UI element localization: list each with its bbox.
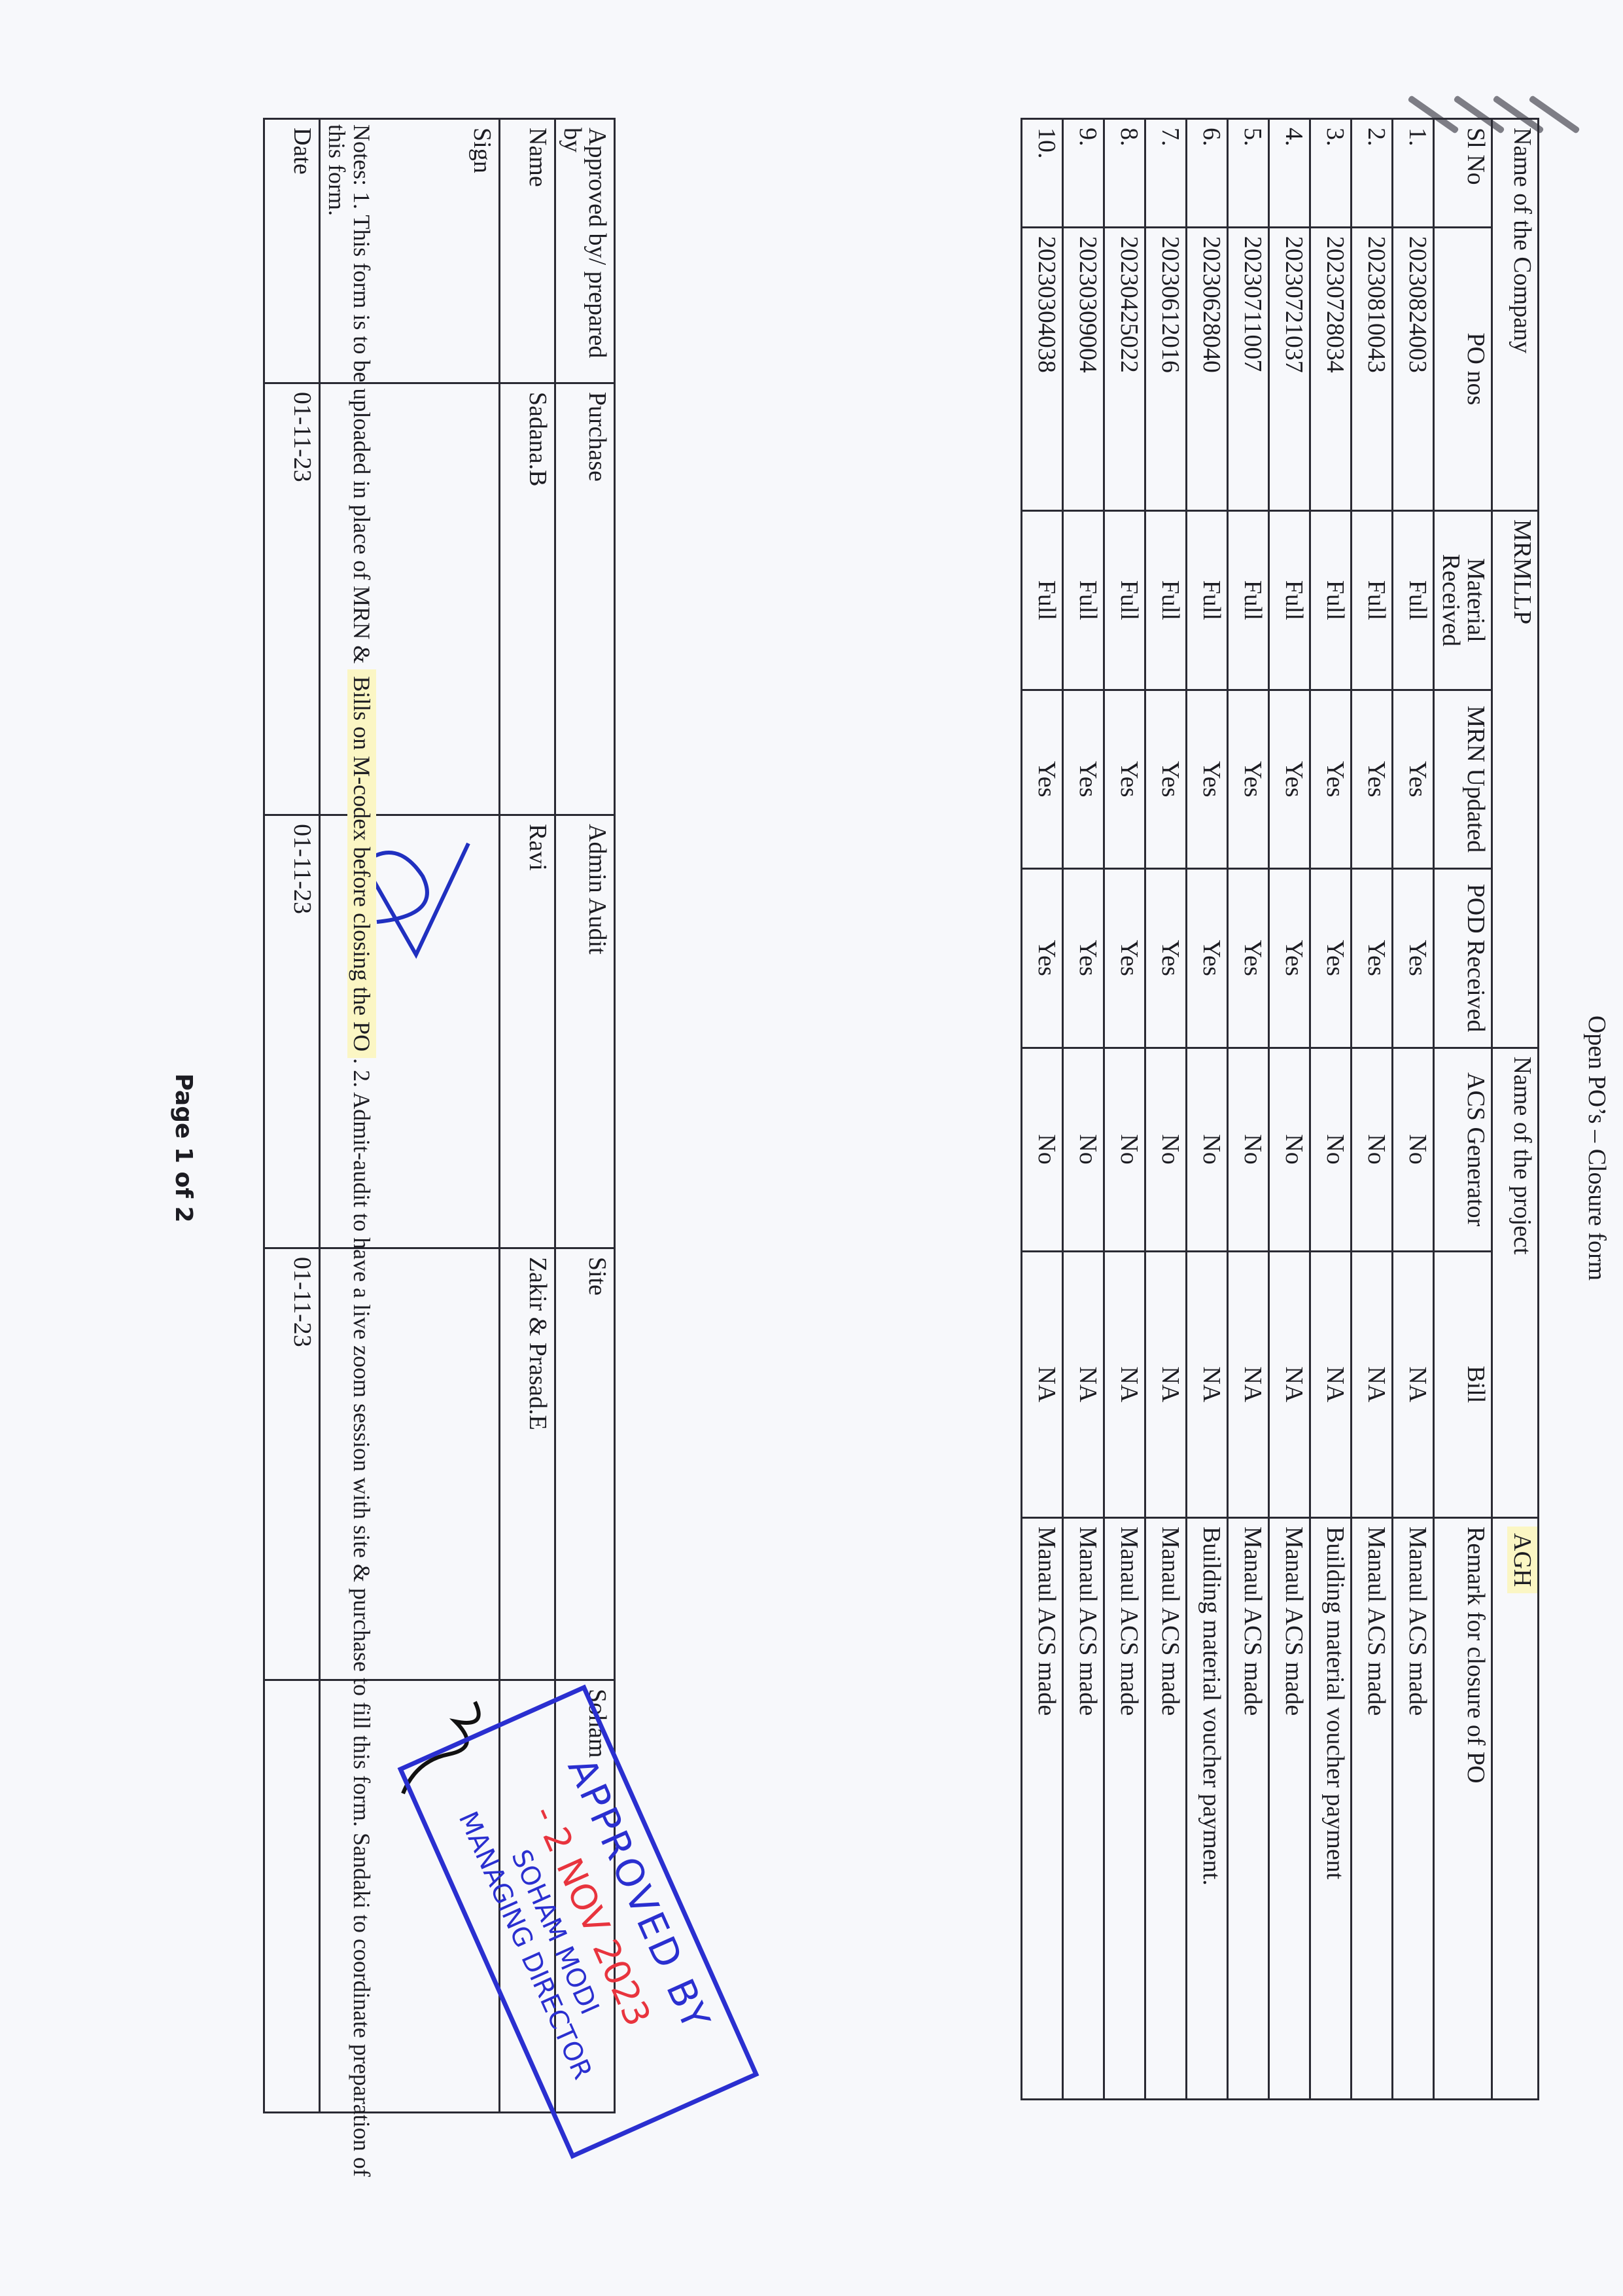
cell-material: Full — [1310, 510, 1352, 690]
cell-mrn: Yes — [1022, 690, 1063, 868]
cell-po: 20230425022 — [1104, 227, 1145, 510]
table-row: 4.20230721037FullYesYesNoNAManaul ACS ma… — [1269, 119, 1310, 2100]
cell-material: Full — [1145, 510, 1187, 690]
table-row: 1.20230824003FullYesYesNoNAManaul ACS ma… — [1393, 119, 1434, 2100]
cell-pod: Yes — [1187, 868, 1228, 1048]
cell-sl: 4. — [1269, 119, 1310, 228]
cell-po: 20230728034 — [1310, 227, 1352, 510]
table-row: 8.20230425022FullYesYesNoNAManaul ACS ma… — [1104, 119, 1145, 2100]
cell-sl: 2. — [1352, 119, 1393, 228]
approval-approved-by: Site — [555, 1248, 615, 1680]
column-header: Sl No — [1434, 119, 1492, 228]
cell-acs: No — [1104, 1048, 1145, 1251]
cell-pod: Yes — [1393, 868, 1434, 1048]
cell-material: Full — [1352, 510, 1393, 690]
cell-material: Full — [1063, 510, 1104, 690]
cell-pod: Yes — [1228, 868, 1269, 1048]
cell-pod: Yes — [1022, 868, 1063, 1048]
cell-acs: No — [1352, 1048, 1393, 1251]
cell-acs: No — [1145, 1048, 1187, 1251]
approval-date — [264, 1680, 320, 2112]
cell-po: 20230810043 — [1352, 227, 1393, 510]
cell-material: Full — [1228, 510, 1269, 690]
cell-bill: NA — [1352, 1251, 1393, 1518]
approval-name: Ravi — [500, 815, 555, 1248]
table-row: 3.20230728034FullYesYesNoNABuilding mate… — [1310, 119, 1352, 2100]
cell-acs: No — [1187, 1048, 1228, 1251]
cell-sl: 6. — [1187, 119, 1228, 228]
cell-bill: NA — [1145, 1251, 1187, 1518]
cell-acs: No — [1393, 1048, 1434, 1251]
cell-bill: NA — [1063, 1251, 1104, 1518]
cell-remark: Manaul ACS made — [1228, 1518, 1269, 2100]
notes: Notes: 1. This form is to be uploaded in… — [324, 124, 374, 2185]
cell-acs: No — [1063, 1048, 1104, 1251]
approval-row-label: Approved by/ prepared by — [555, 119, 615, 383]
cell-sl: 1. — [1393, 119, 1434, 228]
company-project-row: Name of the Company MRMLLP Name of the p… — [1492, 119, 1539, 2100]
cell-po: 20230721037 — [1269, 227, 1310, 510]
cell-sl: 7. — [1145, 119, 1187, 228]
approval-row-date: Date01-11-2301-11-2301-11-23 — [264, 119, 320, 2113]
company-value: MRMLLP — [1492, 510, 1539, 1048]
cell-acs: No — [1310, 1048, 1352, 1251]
cell-pod: Yes — [1269, 868, 1310, 1048]
table-row: 2.20230810043FullYesYesNoNAManaul ACS ma… — [1352, 119, 1393, 2100]
cell-mrn: Yes — [1352, 690, 1393, 868]
approval-date: 01-11-23 — [264, 815, 320, 1248]
cell-mrn: Yes — [1104, 690, 1145, 868]
cell-mrn: Yes — [1145, 690, 1187, 868]
cell-acs: No — [1228, 1048, 1269, 1251]
approval-name: Sadana.B — [500, 383, 555, 815]
table-row: 9.20230309004FullYesYesNoNAManaul ACS ma… — [1063, 119, 1104, 2100]
cell-bill: NA — [1104, 1251, 1145, 1518]
column-header: Bill — [1434, 1251, 1492, 1518]
page-number: Page 1 of 2 — [170, 0, 197, 2296]
cell-remark: Manaul ACS made — [1022, 1518, 1063, 2100]
notes-text: Notes: 1. This form is to be uploaded in… — [349, 124, 375, 669]
cell-material: Full — [1393, 510, 1434, 690]
cell-bill: NA — [1187, 1251, 1228, 1518]
cell-po: 20230711007 — [1228, 227, 1269, 510]
cell-remark: Manaul ACS made — [1269, 1518, 1310, 2100]
approval-date: 01-11-23 — [264, 383, 320, 815]
cell-bill: NA — [1228, 1251, 1269, 1518]
cell-material: Full — [1104, 510, 1145, 690]
cell-pod: Yes — [1145, 868, 1187, 1048]
approval-approved-by: Purchase — [555, 383, 615, 815]
cell-acs: No — [1269, 1048, 1310, 1251]
column-header: Remark for closure of PO — [1434, 1518, 1492, 2100]
cell-po: 20230628040 — [1187, 227, 1228, 510]
approval-name: Zakir & Prasad.E — [500, 1248, 555, 1680]
cell-mrn: Yes — [1269, 690, 1310, 868]
cell-sl: 3. — [1310, 119, 1352, 228]
column-header: MRN Updated — [1434, 690, 1492, 868]
cell-mrn: Yes — [1310, 690, 1352, 868]
approval-approved-by: Admin Audit — [555, 815, 615, 1248]
cell-remark: Manaul ACS made — [1104, 1518, 1145, 2100]
cell-bill: NA — [1022, 1251, 1063, 1518]
cell-sl: 5. — [1228, 119, 1269, 228]
cell-pod: Yes — [1352, 868, 1393, 1048]
cell-pod: Yes — [1104, 868, 1145, 1048]
column-header: PO nos — [1434, 227, 1492, 510]
table-body: 1.20230824003FullYesYesNoNAManaul ACS ma… — [1022, 119, 1434, 2100]
cell-sl: 9. — [1063, 119, 1104, 228]
cell-sl: 10. — [1022, 119, 1063, 228]
form-title: Open PO’s – Closure form — [1582, 0, 1611, 2296]
column-header: ACS Generator — [1434, 1048, 1492, 1251]
cell-bill: NA — [1310, 1251, 1352, 1518]
approval-row-label: Name — [500, 119, 555, 383]
project-value-highlight: AGH — [1507, 1527, 1537, 1593]
cell-po: 20230612016 — [1145, 227, 1187, 510]
cell-pod: Yes — [1063, 868, 1104, 1048]
cell-remark: Manaul ACS made — [1352, 1518, 1393, 2100]
notes-highlight: Bills on M-codex before closing the PO — [347, 669, 376, 1058]
project-label: Name of the project — [1492, 1048, 1539, 1517]
cell-material: Full — [1022, 510, 1063, 690]
cell-po: 20230824003 — [1393, 227, 1434, 510]
cell-remark: Manaul ACS made — [1393, 1518, 1434, 2100]
cell-po: 20230309004 — [1063, 227, 1104, 510]
cell-mrn: Yes — [1187, 690, 1228, 868]
cell-mrn: Yes — [1063, 690, 1104, 868]
table-row: 10.20230304038FullYesYesNoNAManaul ACS m… — [1022, 119, 1063, 2100]
project-value: AGH — [1492, 1518, 1539, 2100]
cell-material: Full — [1187, 510, 1228, 690]
table-row: 6.20230628040FullYesYesNoNABuilding mate… — [1187, 119, 1228, 2100]
cell-sl: 8. — [1104, 119, 1145, 228]
approval-row-label: Date — [264, 119, 320, 383]
cell-acs: No — [1022, 1048, 1063, 1251]
cell-remark: Manaul ACS made — [1145, 1518, 1187, 2100]
cell-bill: NA — [1269, 1251, 1310, 1518]
rotated-page: Open PO’s – Closure form Name of the Com… — [0, 0, 1623, 2296]
cell-pod: Yes — [1310, 868, 1352, 1048]
column-header: Material Received — [1434, 510, 1492, 690]
cell-remark: Building material voucher payment. — [1187, 1518, 1228, 2100]
table-row: 7.20230612016FullYesYesNoNAManaul ACS ma… — [1145, 119, 1187, 2100]
approval-date: 01-11-23 — [264, 1248, 320, 1680]
po-closure-table: Name of the Company MRMLLP Name of the p… — [1021, 118, 1539, 2100]
cell-bill: NA — [1393, 1251, 1434, 1518]
cell-mrn: Yes — [1393, 690, 1434, 868]
cell-remark: Manaul ACS made — [1063, 1518, 1104, 2100]
company-label: Name of the Company — [1492, 119, 1539, 511]
cell-mrn: Yes — [1228, 690, 1269, 868]
cell-material: Full — [1269, 510, 1310, 690]
column-header: POD Received — [1434, 868, 1492, 1048]
column-header-row: Sl NoPO nosMaterial ReceivedMRN UpdatedP… — [1434, 119, 1492, 2100]
cell-remark: Building material voucher payment — [1310, 1518, 1352, 2100]
cell-po: 20230304038 — [1022, 227, 1063, 510]
table-row: 5.20230711007FullYesYesNoNAManaul ACS ma… — [1228, 119, 1269, 2100]
